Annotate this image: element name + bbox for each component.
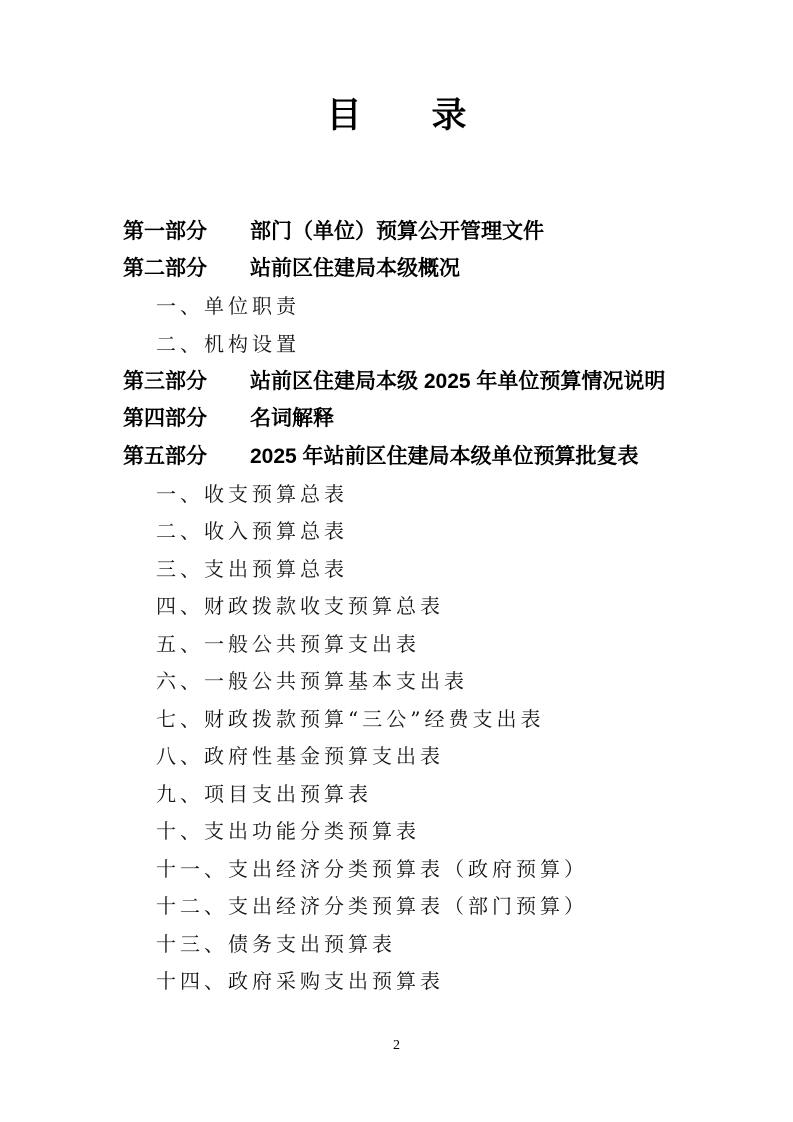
toc-part-label: 第三部分 [123, 365, 250, 395]
toc-part-title: 部门（单位）预算公开管理文件 [250, 215, 544, 245]
toc-item-text: 十四、政府采购支出预算表 [156, 965, 444, 994]
toc-item-text: 一、单位职责 [156, 290, 300, 319]
toc-item-text: 十、支出功能分类预算表 [156, 815, 420, 844]
toc-item-row: 六、一般公共预算基本支出表 [123, 661, 713, 699]
toc-item-text: 六、一般公共预算基本支出表 [156, 665, 468, 694]
toc-item-text: 二、收入预算总表 [156, 515, 348, 544]
toc-item-text: 一、收支预算总表 [156, 478, 348, 507]
toc-item-text: 三、支出预算总表 [156, 553, 348, 582]
toc-part-row: 第三部分 站前区住建局本级 2025 年单位预算情况说明 [123, 361, 713, 399]
toc-item-row: 十二、支出经济分类预算表（部门预算） [123, 886, 713, 924]
toc-item-text: 十二、支出经济分类预算表（部门预算） [156, 890, 588, 919]
toc-item-text: 八、政府性基金预算支出表 [156, 740, 444, 769]
toc-part-row: 第五部分 2025 年站前区住建局本级单位预算批复表 [123, 436, 713, 474]
toc-item-row: 八、政府性基金预算支出表 [123, 736, 713, 774]
toc-part-label: 第一部分 [123, 215, 250, 245]
toc-part-row: 第一部分 部门（单位）预算公开管理文件 [123, 211, 713, 249]
toc-item-row: 七、财政拨款预算“三公”经费支出表 [123, 699, 713, 737]
toc-item-row: 十一、支出经济分类预算表（政府预算） [123, 849, 713, 887]
toc-item-row: 十、支出功能分类预算表 [123, 811, 713, 849]
toc-item-row: 二、机构设置 [123, 324, 713, 362]
page-number: 2 [0, 1038, 793, 1054]
toc-item-row: 十四、政府采购支出预算表 [123, 961, 713, 999]
toc-part-label: 第二部分 [123, 252, 250, 282]
toc-item-text: 二、机构设置 [156, 328, 300, 357]
toc-item-row: 二、收入预算总表 [123, 511, 713, 549]
toc-part-label: 第四部分 [123, 402, 250, 432]
toc-part-row: 第二部分 站前区住建局本级概况 [123, 249, 713, 287]
toc-item-row: 五、一般公共预算支出表 [123, 624, 713, 662]
document-page: 目 录 第一部分 部门（单位）预算公开管理文件 第二部分 站前区住建局本级概况 … [0, 0, 793, 1122]
toc-item-text: 四、财政拨款收支预算总表 [156, 590, 444, 619]
toc-item-text: 九、项目支出预算表 [156, 778, 372, 807]
toc-item-text: 五、一般公共预算支出表 [156, 628, 420, 657]
toc-item-row: 九、项目支出预算表 [123, 774, 713, 812]
toc-item-text: 十三、债务支出预算表 [156, 928, 396, 957]
page-title: 目 录 [0, 88, 793, 138]
toc-item-row: 十三、债务支出预算表 [123, 924, 713, 962]
toc-part-row: 第四部分 名词解释 [123, 399, 713, 437]
toc-item-row: 一、单位职责 [123, 286, 713, 324]
toc-item-row: 四、财政拨款收支预算总表 [123, 586, 713, 624]
toc-part-label: 第五部分 [123, 440, 250, 470]
toc-part-title: 名词解释 [250, 402, 334, 432]
toc-item-row: 一、收支预算总表 [123, 474, 713, 512]
toc-part-title: 站前区住建局本级 2025 年单位预算情况说明 [250, 365, 665, 395]
table-of-contents: 第一部分 部门（单位）预算公开管理文件 第二部分 站前区住建局本级概况 一、单位… [123, 211, 713, 999]
toc-part-title: 2025 年站前区住建局本级单位预算批复表 [250, 440, 639, 470]
toc-item-row: 三、支出预算总表 [123, 549, 713, 587]
toc-item-text: 十一、支出经济分类预算表（政府预算） [156, 853, 588, 882]
toc-part-title: 站前区住建局本级概况 [250, 252, 460, 282]
toc-item-text: 七、财政拨款预算“三公”经费支出表 [156, 703, 544, 732]
